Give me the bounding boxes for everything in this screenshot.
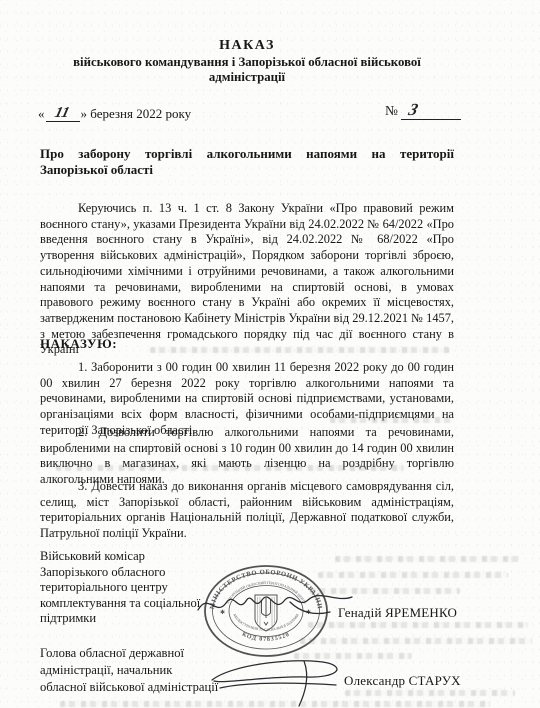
preamble-paragraph: Керуючись п. 13 ч. 1 ст. 8 Закону Україн… [40, 201, 454, 358]
order-item-3: 3. Довести наказ до виконання органів мі… [40, 479, 454, 542]
bleedthrough-mark [318, 572, 508, 578]
handwritten-number: 3 [408, 103, 420, 117]
signatory-title-line: Військовий комісар [40, 549, 250, 565]
date-close-quote: » [81, 106, 88, 122]
bleedthrough-mark [300, 638, 532, 644]
number-label: № [385, 103, 398, 118]
stamp-star-left: ✱ [220, 609, 225, 616]
signatory-name-starukh: Олександр СТАРУХ [344, 673, 461, 689]
bleedthrough-mark [310, 588, 460, 594]
bleedthrough-mark [335, 556, 520, 562]
handwritten-day-slot: 11 [46, 105, 80, 122]
date-open-quote: « [38, 106, 45, 122]
bleedthrough-mark [308, 622, 528, 628]
handwritten-day: 11 [54, 107, 71, 119]
order-subtitle: військового командування і Запорізької о… [40, 55, 454, 85]
handwritten-number-slot: 3 [401, 103, 461, 120]
trident-icon [255, 595, 277, 631]
signatory-title-line: адміністрації, начальник [40, 662, 290, 679]
bleedthrough-mark [56, 465, 404, 471]
date-text: березня 2022 року [90, 106, 191, 122]
scanned-order-document: НАКАЗ військового командування і Запоріз… [0, 0, 540, 708]
order-title: НАКАЗ [40, 38, 454, 54]
subject-line: Про заборону торгівлі алкогольними напоя… [40, 146, 454, 178]
order-number-line: № 3 [385, 103, 461, 120]
signatory-title-line: Голова обласної державної [40, 645, 290, 662]
bleedthrough-mark [294, 653, 412, 659]
stamp-star-right: ✱ [306, 609, 311, 616]
bleedthrough-mark [345, 690, 515, 696]
bleedthrough-mark [330, 417, 455, 423]
signatory-title-governor: Голова обласної державної адміністрації,… [40, 645, 290, 696]
signatory-title-line: обласної військової адміністрації [40, 679, 290, 696]
bleedthrough-mark [60, 701, 490, 707]
signatory-name-yaremenko: Генадій ЯРЕМЕНКО [338, 605, 457, 621]
bleedthrough-mark [150, 347, 450, 353]
decree-word: НАКАЗУЮ: [40, 336, 117, 352]
